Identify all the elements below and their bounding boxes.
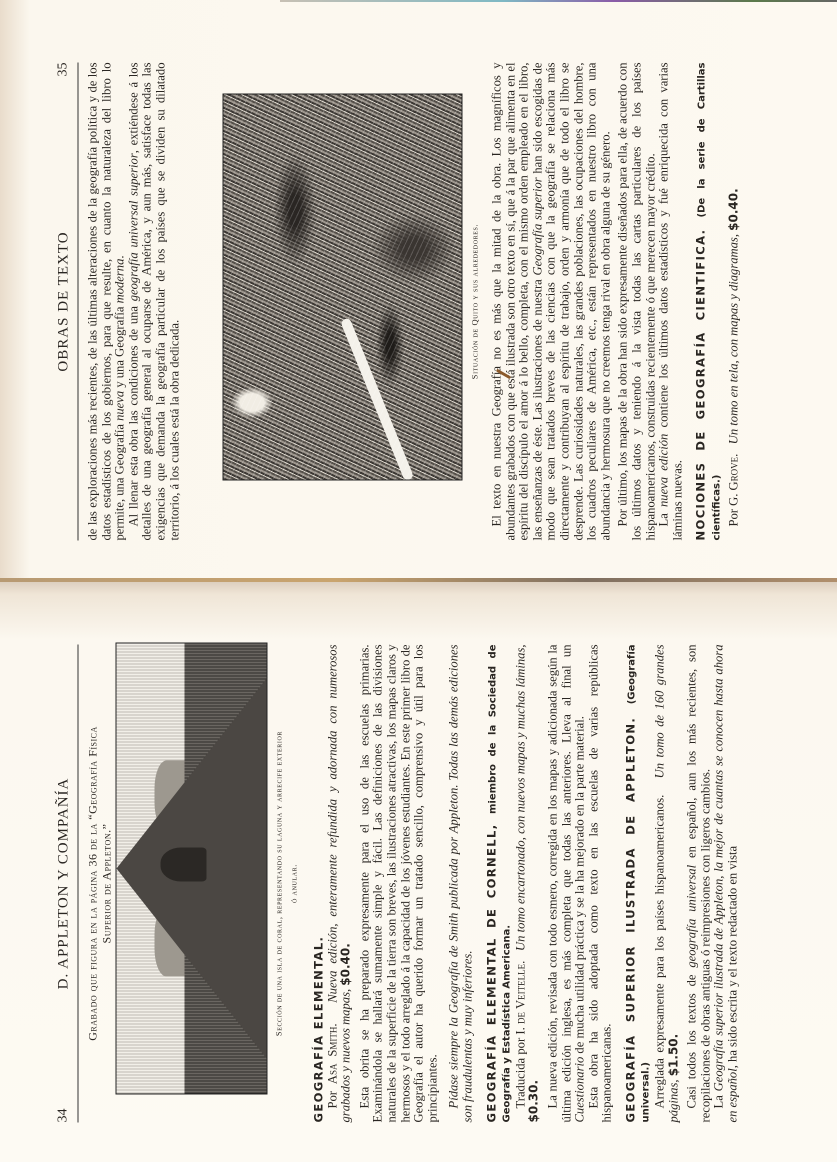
- entry-notice-elemental: Pídase siempre la Geografía de Smith pub…: [447, 644, 474, 1122]
- entry-body-superior-2: Casi todos los textos de geografía unive…: [685, 644, 712, 1122]
- spacer: [475, 644, 485, 1122]
- text: de mucha utilidad práctica y se la ha me…: [572, 716, 586, 1057]
- price: $0.40.: [726, 188, 740, 231]
- paragraph-illustrations: El texto en nuestra Geografía no es más …: [490, 62, 612, 540]
- island-peak: [160, 848, 206, 882]
- text: ha sido escrita y el texto redactado en …: [725, 845, 739, 1064]
- running-head-title: OBRAS DE TEXTO: [55, 62, 72, 540]
- price: $0.30.: [526, 1079, 540, 1122]
- running-head-title: D. APPLETON Y COMPAÑÍA: [55, 644, 72, 1122]
- entry-body-superior-3: La Geografía superior ilustrada de Apple…: [712, 644, 739, 1122]
- text: Arreglada expresamente para los países h…: [652, 794, 666, 1108]
- page-34-body: GEOGRAFÍA ELEMENTAL. Por Asa Smith. Nuev…: [312, 644, 740, 1122]
- entry-title-nociones: NOCIONES DE GEOGRAFÍA CIENTIFICA. (De la…: [694, 62, 723, 540]
- text: y una Geografía: [112, 303, 126, 390]
- text: .: [112, 255, 126, 258]
- text: La nueva edición, revisada con todo esme…: [545, 644, 573, 1122]
- figure-caption-coral-1: Sección de una isla de coral, representa…: [274, 644, 283, 1122]
- paragraph-new-edition: La nueva edición contiene los últimos da…: [657, 62, 684, 540]
- title: NOCIONES DE GEOGRAFÍA CIENTIFICA.: [693, 228, 707, 540]
- continuation-paragraph: de las exploraciones más recientes, de l…: [86, 62, 127, 540]
- text: La: [711, 1091, 725, 1108]
- title: GEOGRAFÍA SUPERIOR ILUSTRADA DE APPLETON…: [623, 716, 637, 1122]
- intro-line-2: Superior de Appleton.”: [100, 644, 114, 1122]
- description: Un tomo encartonado, con nuevos mapas y …: [513, 644, 527, 951]
- text-italic: Geografía superior: [530, 177, 544, 275]
- entry-title-superior: GEOGRAFÍA SUPERIOR ILUSTRADA DE APPLETON…: [624, 644, 653, 1122]
- page-34: 34 D. APPLETON Y COMPAÑÍA Grabado que fi…: [0, 580, 837, 1162]
- page-34-region: 34 D. APPLETON Y COMPAÑÍA Grabado que fi…: [0, 580, 837, 1162]
- quito-relief-map-figure: [222, 93, 462, 480]
- entry-body-cornell-1: La nueva edición, revisada con todo esme…: [546, 644, 587, 1122]
- running-head-35: OBRAS DE TEXTO 35: [55, 62, 78, 540]
- text: Por: [726, 509, 740, 527]
- text-italic: nueva edición: [656, 433, 670, 506]
- running-head-34: 34 D. APPLETON Y COMPAÑÍA: [55, 644, 78, 1122]
- entry-title-elemental: GEOGRAFÍA ELEMENTAL.: [312, 644, 326, 1122]
- page-35: OBRAS DE TEXTO 35 de las exploraciones m…: [0, 0, 837, 580]
- text: Traducida por: [513, 1037, 527, 1108]
- text: Casi todos los textos de: [684, 967, 698, 1108]
- text-italic: Cuestionario: [572, 1056, 586, 1122]
- spacer: [614, 644, 624, 1122]
- scan-top-edge: [280, 0, 837, 2]
- text: Al llenar esta obra las condiciones de u…: [126, 301, 140, 526]
- river-illustration: [339, 316, 413, 480]
- author: Asa Smith.: [325, 1023, 339, 1084]
- book-spine-gutter: [0, 578, 837, 582]
- entry-body-cornell-2: Esta obra ha sido adoptada como texto en…: [587, 644, 614, 1122]
- page-35-top-text: de las exploraciones más recientes, de l…: [86, 62, 181, 540]
- description: Un tomo en tela, con mapas y diagramas,: [726, 234, 740, 444]
- entry-title-cornell: GEOGRAFÍA ELEMENTAL DE CORNELL, miembro …: [485, 644, 514, 1122]
- page-35-region: OBRAS DE TEXTO 35 de las exploraciones m…: [0, 0, 837, 580]
- entry-byline-superior: Arreglada expresamente para los países h…: [653, 644, 680, 1122]
- text-italic: nueva: [112, 390, 126, 420]
- author: G. Grove.: [726, 453, 740, 505]
- entry-byline-nociones: Por G. Grove. Un tomo en tela, con mapas…: [727, 62, 741, 540]
- page-34-intro: Grabado que figura en la página 36 de la…: [86, 644, 113, 1122]
- price: $1.50.: [666, 1033, 680, 1076]
- intro-line-1: Grabado que figura en la página 36 de la…: [86, 644, 100, 1122]
- entry-byline-cornell: Traducida por I. de Veitelle. Un tomo en…: [514, 644, 541, 1122]
- translator: I. de Veitelle.: [513, 960, 527, 1034]
- title: GEOGRAFÍA ELEMENTAL DE CORNELL,: [484, 823, 498, 1122]
- coral-island-section-figure: [115, 642, 267, 1094]
- price: $0.40.: [338, 943, 352, 986]
- text-italic: geografía universal superior: [126, 153, 140, 301]
- paragraph-universal-superior: Al llenar esta obra las condiciones de u…: [127, 62, 181, 540]
- page-35-bottom-text: El texto en nuestra Geografía no es más …: [490, 62, 740, 540]
- page-number: 35: [55, 62, 71, 76]
- paragraph-maps: Por último, los mapas de la obra han sid…: [616, 62, 657, 540]
- text: La: [656, 507, 670, 526]
- text-italic: moderna: [112, 258, 126, 303]
- entry-body-elemental: Esta obrita se ha preparado expresamente…: [358, 644, 440, 1122]
- entry-byline-elemental: Por Asa Smith. Nueva edición, enterament…: [326, 644, 353, 1122]
- text: Por: [325, 1091, 339, 1109]
- rule-mark: [55, 532, 77, 540]
- text-italic: geografía universal: [684, 864, 698, 967]
- figure-caption-quito: Situación de Quito y sus alrededores.: [470, 62, 479, 540]
- figure-caption-coral-2: ó anular.: [289, 644, 298, 1122]
